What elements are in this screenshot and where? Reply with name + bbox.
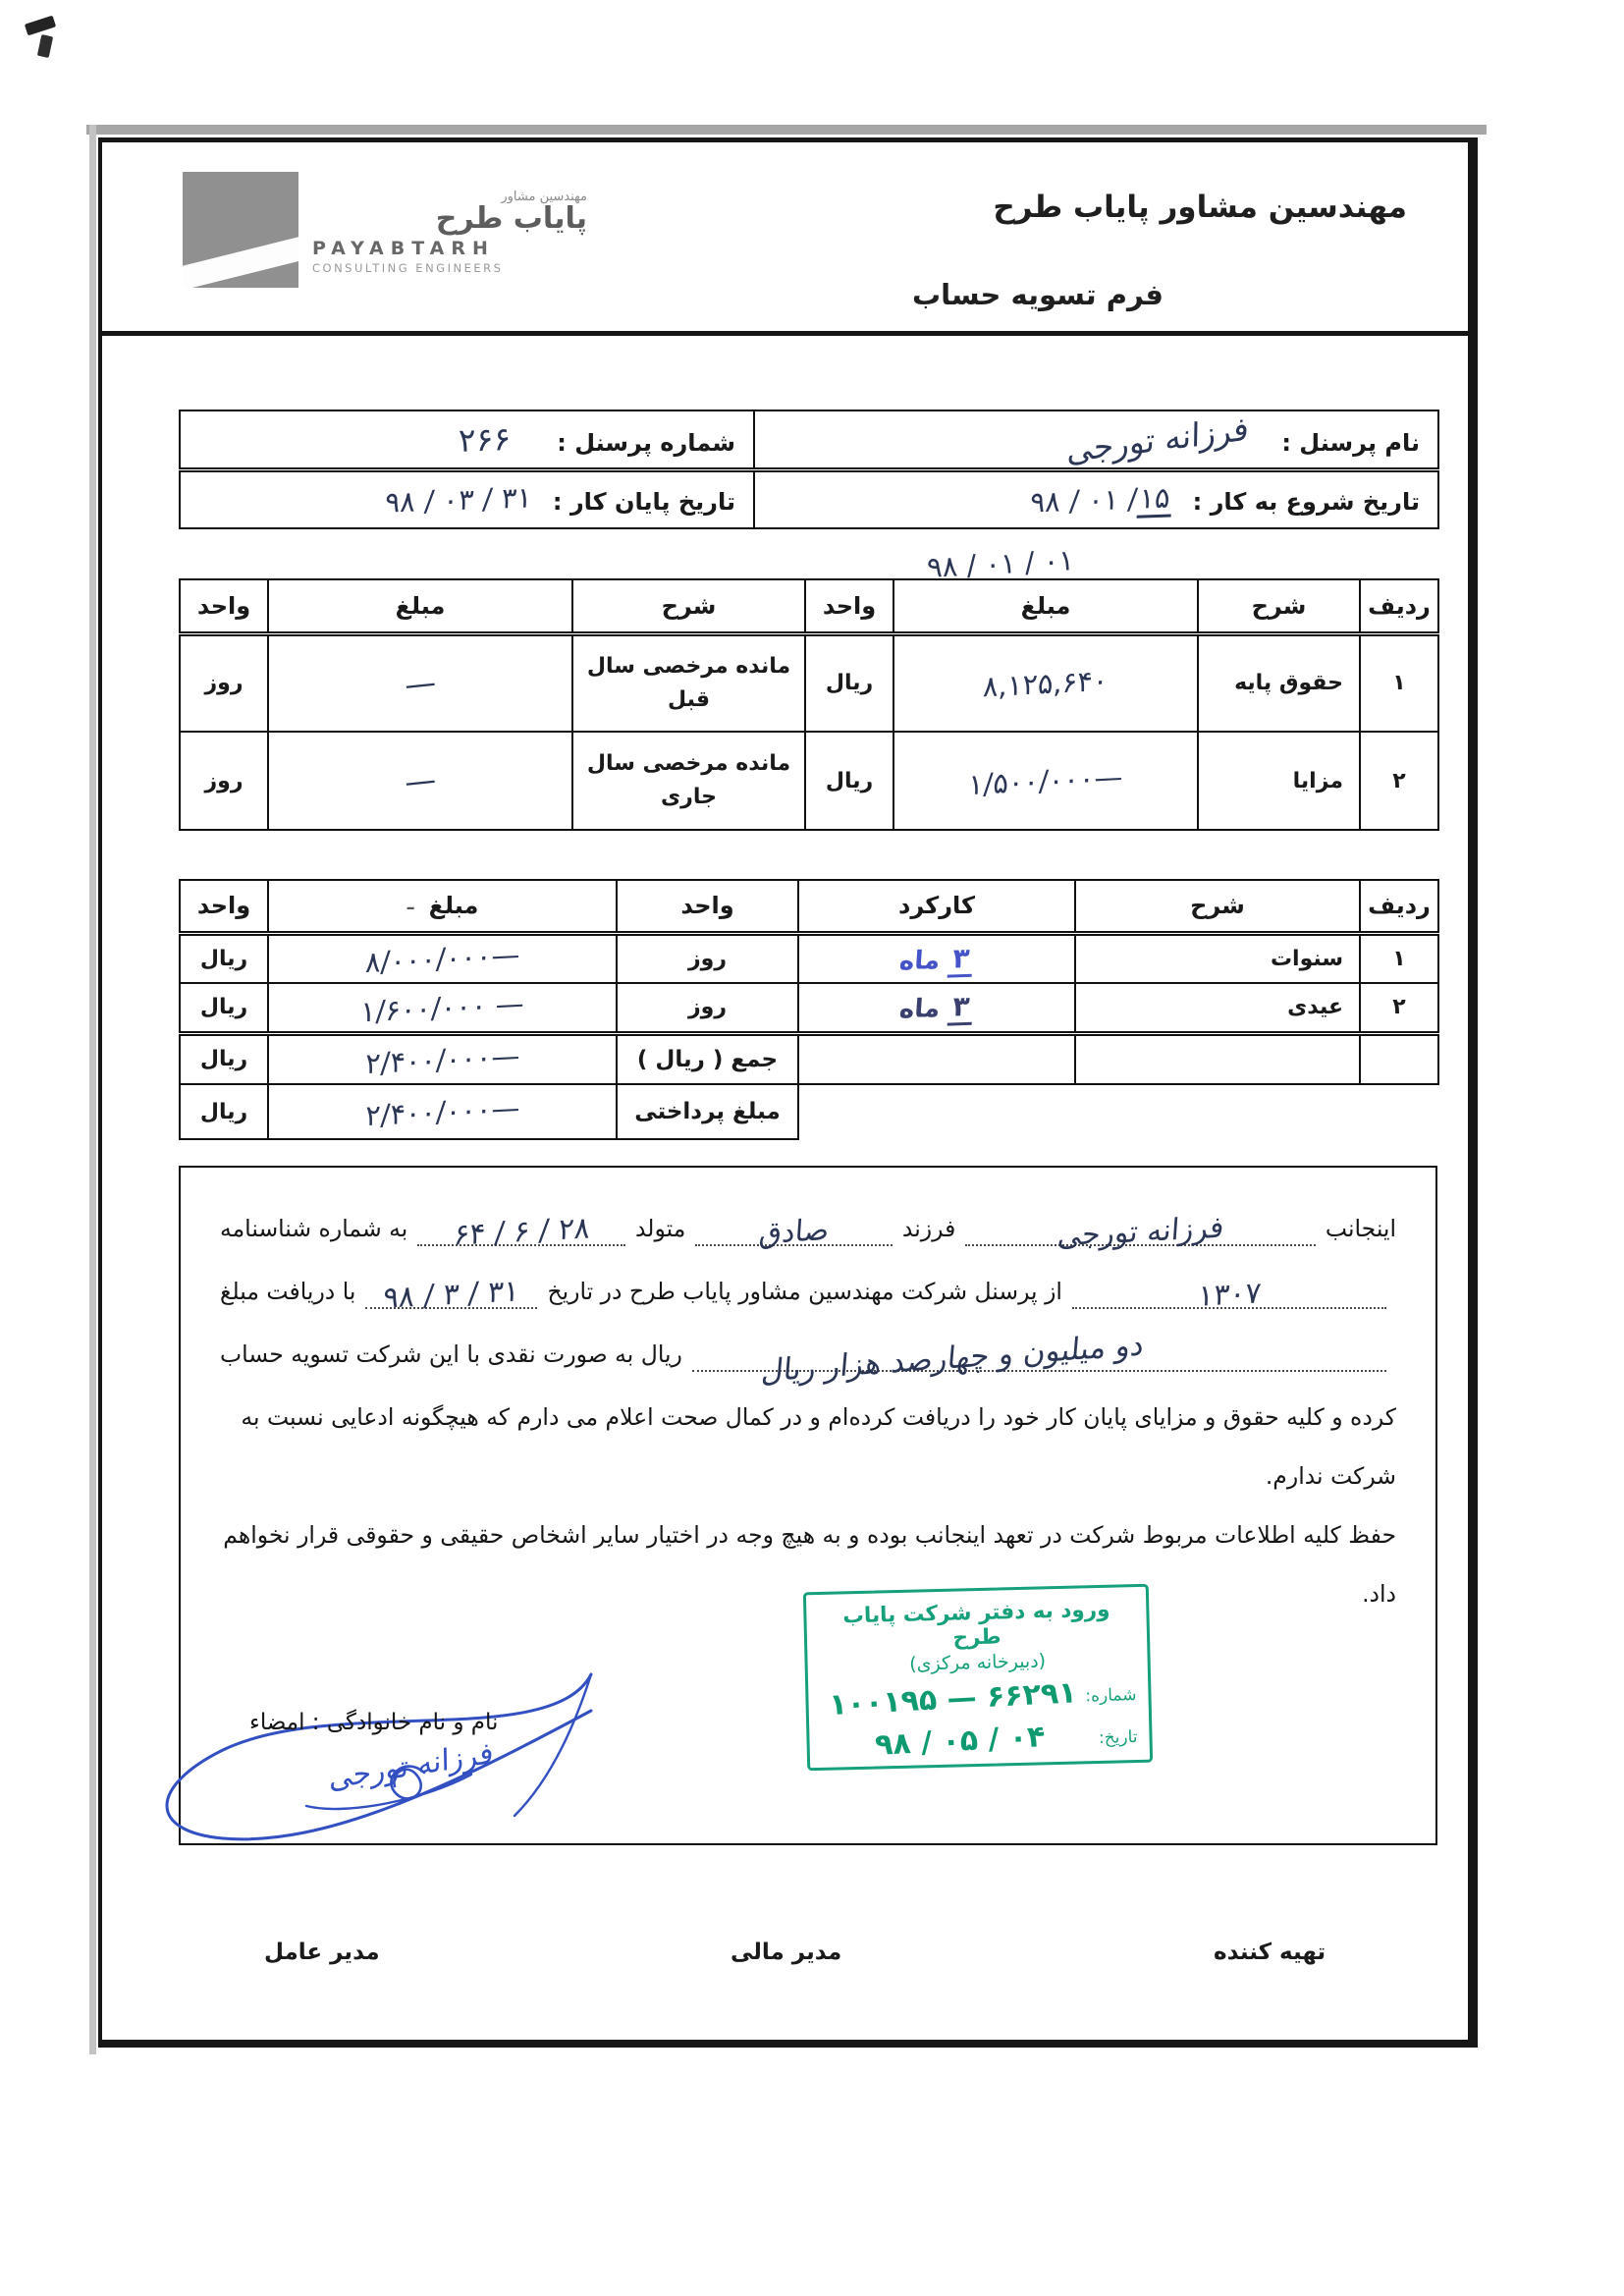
- row-unit-2: ریال: [180, 983, 268, 1033]
- row-description: حقوق پایه: [1198, 633, 1360, 732]
- stamp-title: ورود به دفتر شرکت پایاب طرح: [818, 1597, 1135, 1654]
- row-number: ۱: [1360, 933, 1438, 983]
- table-header-row: ردیف شرح کارکرد واحد مبلغ– واحد: [180, 880, 1438, 933]
- declaration-box: اینجانب فرزانه تورجی فرزند صادق متولد ۲۸…: [179, 1166, 1437, 1845]
- row-unit-2: روز: [180, 732, 268, 830]
- row-unit-2: ریال: [180, 933, 268, 983]
- table-row: ۲ عیدی ۳ ماه روز ۱/۶۰۰/۰۰۰ — ریال: [180, 983, 1438, 1033]
- header-amount: مبلغ–: [268, 880, 617, 933]
- end-date-cell: تاریخ پایان کار : ۳۱ / ۰۳ / ۹۸: [180, 469, 754, 528]
- stamp-date-row: تاریخ: ۹۸ / ۰۵ / ۰۴: [821, 1720, 1138, 1762]
- row-workperiod-handwritten: ۳ ماه: [798, 983, 1075, 1033]
- row-amount-2-handwritten: —: [268, 633, 572, 732]
- header-description-2: شرح: [572, 579, 805, 633]
- row-amount-2-handwritten: —: [268, 732, 572, 830]
- pen-mark: –: [406, 898, 415, 918]
- amount-in-words-handwritten: دو میلیون و چهارصد هزار ریال: [760, 1327, 1146, 1390]
- stamp-serial-handwritten: ۱۰۰۱۹۵ — ۶۶۲۹۱: [820, 1675, 1086, 1723]
- end-date-label: تاریخ پایان کار :: [553, 488, 735, 516]
- row-unit: ریال: [805, 633, 893, 732]
- table-header-row: ردیف شرح مبلغ واحد شرح مبلغ واحد: [180, 579, 1438, 633]
- total-amount-handwritten: ۲/۴۰۰/۰۰۰—: [268, 1033, 617, 1084]
- empty-cell: [798, 1033, 1075, 1084]
- father-blank: صادق: [695, 1215, 893, 1246]
- header-row-number: ردیف: [1360, 880, 1438, 933]
- settlement-date-blank: ۳۱ / ۳ / ۹۸: [365, 1278, 537, 1309]
- header-amount: مبلغ: [893, 579, 1198, 633]
- empty-region: [798, 1084, 1438, 1139]
- form-title: فرم تسویه حساب: [912, 278, 1164, 311]
- personnel-info-table: نام پرسنل : فرزانه تورجی شماره پرسنل : ۲…: [179, 410, 1439, 529]
- company-logo: [183, 172, 298, 288]
- form-frame: مهندسین مشاور پایاب طرح PAYABTARH CONSUL…: [98, 137, 1478, 2048]
- name-handwritten: فرزانه تورجی: [1056, 1210, 1225, 1254]
- name-blank: فرزانه تورجی: [965, 1215, 1316, 1246]
- personnel-number-cell: شماره پرسنل : ۲۶۶: [180, 410, 754, 469]
- declaration-line-6: حفظ کلیه اطلاعات مربوط شرکت در تعهد اینج…: [220, 1517, 1396, 1553]
- header-row-number: ردیف: [1360, 579, 1438, 633]
- id-number-blank: ۱۳۰۷: [1072, 1278, 1386, 1309]
- total-label: جمع ( ریال ): [617, 1033, 798, 1084]
- row-description: عیدی: [1075, 983, 1360, 1033]
- personnel-number-label: شماره پرسنل :: [557, 429, 735, 457]
- row-number: ۲: [1360, 983, 1438, 1033]
- personnel-number-handwritten: ۲۶۶: [458, 419, 512, 460]
- row-unit: روز: [617, 983, 798, 1033]
- severance-bonus-table: ردیف شرح کارکرد واحد مبلغ– واحد ۱ سنوات …: [179, 879, 1439, 1140]
- scan-artifact: [22, 14, 67, 63]
- header-unit-2: واحد: [180, 880, 268, 933]
- stamp-date-handwritten: ۹۸ / ۰۵ / ۰۴: [821, 1717, 1100, 1765]
- row-amount-handwritten: ۱/۶۰۰/۰۰۰ —: [268, 983, 617, 1033]
- signature-label: نام و نام خانوادگی : امضاء: [249, 1710, 498, 1735]
- paid-unit: ریال: [180, 1084, 268, 1139]
- start-date-handwritten: ۱۵/ ۰۱ / ۹۸: [1029, 480, 1173, 519]
- declaration-line-3: دو میلیون و چهارصد هزار ریال ریال به صور…: [220, 1337, 1396, 1372]
- personnel-name-label: نام پرسنل :: [1281, 429, 1420, 457]
- father-handwritten: صادق: [758, 1213, 831, 1252]
- managing-director-label: مدیر عامل: [264, 1940, 380, 1965]
- row-number: ۱: [1360, 633, 1438, 732]
- scan-shadow-top: [86, 125, 1487, 135]
- end-date-handwritten: ۳۱ / ۰۳ / ۹۸: [384, 480, 533, 519]
- stamp-date-label: تاریخ:: [1099, 1727, 1138, 1748]
- header-divider: [102, 331, 1468, 336]
- brand-en: PAYABTARH: [312, 238, 587, 259]
- table-row: نام پرسنل : فرزانه تورجی شماره پرسنل : ۲…: [180, 410, 1438, 469]
- office-entry-stamp: ورود به دفتر شرکت پایاب طرح (دبیرخانه مر…: [803, 1584, 1153, 1772]
- row-description: سنوات: [1075, 933, 1360, 983]
- brand-en-subtitle: CONSULTING ENGINEERS: [312, 261, 587, 275]
- header-unit-2: واحد: [180, 579, 268, 633]
- total-unit: ریال: [180, 1033, 268, 1084]
- row-workperiod-handwritten: ۳ ماه: [798, 933, 1075, 983]
- declaration-line-5: شرکت ندارم.: [220, 1458, 1396, 1494]
- stamp-serial-label: شماره:: [1085, 1685, 1137, 1706]
- row-description-2: مانده مرخصی سال جاری: [572, 732, 805, 830]
- scanned-settlement-form: مهندسین مشاور پایاب طرح PAYABTARH CONSUL…: [0, 0, 1624, 2296]
- paid-row: مبلغ پرداختی ۲/۴۰۰/۰۰۰— ریال: [180, 1084, 1438, 1139]
- empty-cell: [1360, 1033, 1438, 1084]
- finance-manager-label: مدیر مالی: [731, 1940, 841, 1965]
- start-date-label: تاریخ شروع به کار :: [1193, 488, 1420, 516]
- paid-amount-handwritten: ۲/۴۰۰/۰۰۰—: [268, 1084, 617, 1139]
- total-row: جمع ( ریال ) ۲/۴۰۰/۰۰۰— ریال: [180, 1033, 1438, 1084]
- stamp-serial-row: شماره: ۱۰۰۱۹۵ — ۶۶۲۹۱: [820, 1677, 1137, 1720]
- scan-shadow-left: [89, 125, 96, 2054]
- salary-leave-table: ردیف شرح مبلغ واحد شرح مبلغ واحد ۱ حقوق …: [179, 578, 1439, 831]
- table-row: ۱ حقوق پایه ۸,۱۲۵,۶۴۰ ریال مانده مرخصی س…: [180, 633, 1438, 732]
- header-description: شرح: [1198, 579, 1360, 633]
- header-unit: واحد: [617, 880, 798, 933]
- table-row: ۲ مزایا ۱/۵۰۰/۰۰۰— ریال مانده مرخصی سال …: [180, 732, 1438, 830]
- row-unit-2: روز: [180, 633, 268, 732]
- row-amount-handwritten: ۸,۱۲۵,۶۴۰: [893, 633, 1198, 732]
- declaration-line-4: کرده و کلیه حقوق و مزایای پایان کار خود …: [220, 1399, 1396, 1435]
- row-unit: ریال: [805, 732, 893, 830]
- row-description: مزایا: [1198, 732, 1360, 830]
- header-amount-2: مبلغ: [268, 579, 572, 633]
- row-number: ۲: [1360, 732, 1438, 830]
- table-row: ۱ سنوات ۳ ماه روز ۸/۰۰۰/۰۰۰— ریال: [180, 933, 1438, 983]
- row-unit: روز: [617, 933, 798, 983]
- header-workperiod: کارکرد: [798, 880, 1075, 933]
- brand-fa: پایاب طرح: [312, 204, 587, 234]
- settlement-date-handwritten: ۳۱ / ۳ / ۹۸: [382, 1274, 520, 1316]
- birthdate-handwritten: ۲۸ / ۶ / ۶۴: [452, 1211, 590, 1253]
- id-number-handwritten: ۱۳۰۷: [1197, 1276, 1263, 1315]
- declaration-line-1: اینجانب فرزانه تورجی فرزند صادق متولد ۲۸…: [220, 1211, 1396, 1246]
- company-title: مهندسین مشاور پایاب طرح: [993, 190, 1407, 225]
- personnel-name-handwritten: فرزانه تورجی: [1066, 409, 1249, 469]
- row-amount-handwritten: ۱/۵۰۰/۰۰۰—: [893, 732, 1198, 830]
- personnel-name-cell: نام پرسنل : فرزانه تورجی: [754, 410, 1438, 469]
- paid-label: مبلغ پرداختی: [617, 1084, 798, 1139]
- row-description-2: مانده مرخصی سال قبل: [572, 633, 805, 732]
- brand-block: مهندسین مشاور پایاب طرح PAYABTARH CONSUL…: [312, 190, 587, 275]
- preparer-label: تهیه کننده: [1214, 1940, 1326, 1965]
- birthdate-blank: ۲۸ / ۶ / ۶۴: [417, 1215, 625, 1246]
- start-date-cell: تاریخ شروع به کار : ۱۵/ ۰۱ / ۹۸: [754, 469, 1438, 528]
- row-amount-handwritten: ۸/۰۰۰/۰۰۰—: [268, 933, 617, 983]
- empty-cell: [1075, 1033, 1360, 1084]
- table-row: تاریخ شروع به کار : ۱۵/ ۰۱ / ۹۸ تاریخ پا…: [180, 469, 1438, 528]
- amount-in-words-blank: دو میلیون و چهارصد هزار ریال: [692, 1340, 1386, 1372]
- declaration-line-2: ۱۳۰۷ از پرسنل شرکت مهندسین مشاور پایاب ط…: [220, 1274, 1396, 1309]
- header-description: شرح: [1075, 880, 1360, 933]
- header-unit: واحد: [805, 579, 893, 633]
